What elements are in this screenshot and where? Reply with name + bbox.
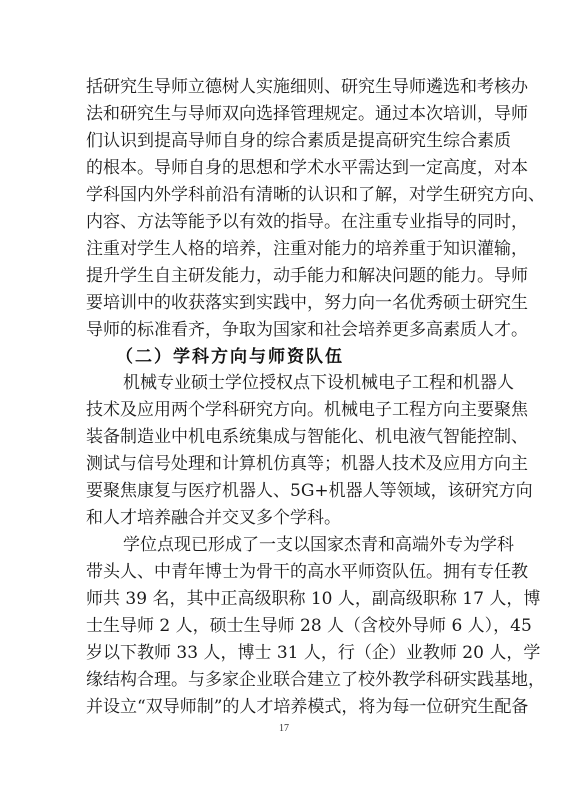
text-line: 装备制造业中机电系统集成与智能化、机电液气智能控制、 [86,424,479,451]
text-line: 注重对学生人格的培养，注重对能力的培养重于知识灌输， [86,236,479,263]
text-line: 要聚焦康复与医疗机器人、5G+机器人等领域，该研究方向 [86,478,479,505]
text-line: 学科国内外学科前沿有清晰的认识和了解，对学生研究方向、 [86,182,479,209]
text-line: 士生导师 2 人，硕士生导师 28 人（含校外导师 6 人），45 [86,613,479,640]
text-line: 括研究生导师立德树人实施细则、研究生导师遴选和考核办 [86,74,479,101]
text-line: 的根本。导师自身的思想和学术水平需达到一定高度，对本 [86,155,479,182]
text-line: 技术及应用两个学科研究方向。机械电子工程方向主要聚焦 [86,397,479,424]
text-line: 提升学生自主研发能力，动手能力和解决问题的能力。导师 [86,263,479,290]
text-line: 师共 39 名，其中正高级职称 10 人，副高级职称 17 人，博 [86,586,479,613]
text-line: 要培训中的收获落实到实践中，努力向一名优秀硕士研究生 [86,290,479,317]
text-line: 缘结构合理。与多家企业联合建立了校外教学科研实践基地， [86,667,479,694]
text-line: 并设立“双导师制”的人才培养模式，将为每一位研究生配备 [86,694,479,721]
section-heading: （二）学科方向与师资队伍 [86,344,479,371]
paragraph-last-line: 和人才培养融合并交叉多个学科。 [86,505,479,532]
text-line: 测试与信号处理和计算机仿真等；机器人技术及应用方向主 [86,451,479,478]
text-line: 岁以下教师 33 人，博士 31 人，行（企）业教师 20 人，学 [86,640,479,667]
paragraph-first-line: 学位点现已形成了一支以国家杰青和高端外专为学科 [86,532,479,559]
text-line: 内容、方法等能予以有效的指导。在注重专业指导的同时， [86,209,479,236]
body-text: 括研究生导师立德树人实施细则、研究生导师遴选和考核办 法和研究生与导师双向选择管… [86,74,479,721]
paragraph-first-line: 机械专业硕士学位授权点下设机械电子工程和机器人 [86,370,479,397]
text-line: 导师的标准看齐，争取为国家和社会培养更多高素质人才。 [86,317,479,344]
document-page: 括研究生导师立德树人实施细则、研究生导师遴选和考核办 法和研究生与导师双向选择管… [0,0,566,800]
text-line: 们认识到提高导师自身的综合素质是提高研究生综合素质 [86,128,479,155]
text-line: 带头人、中青年博士为骨干的高水平师资队伍。拥有专任教 [86,559,479,586]
page-number: 17 [276,723,292,734]
text-line: 法和研究生与导师双向选择管理规定。通过本次培训，导师 [86,101,479,128]
